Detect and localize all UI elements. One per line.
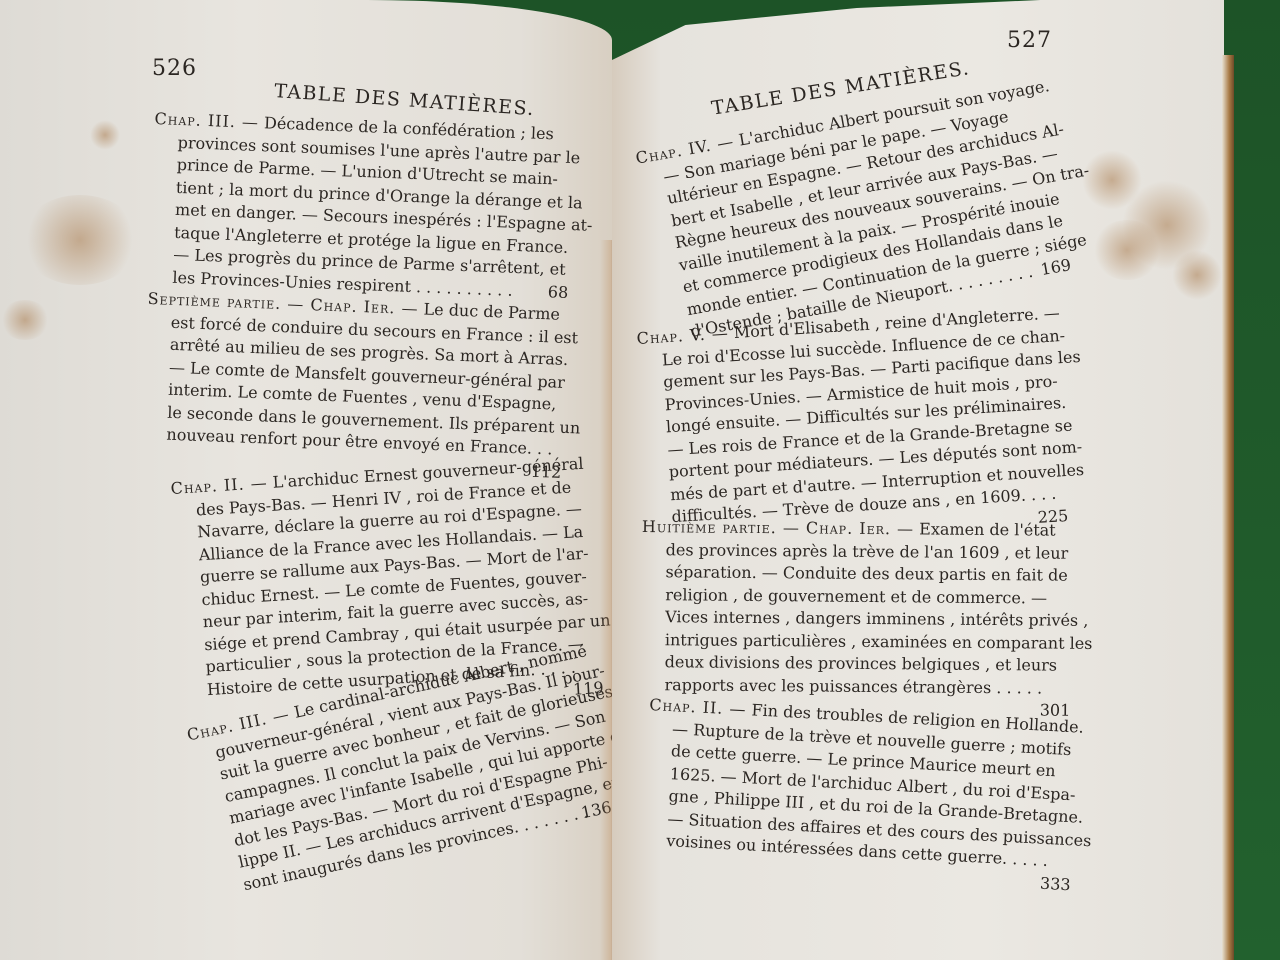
toc-entry: Chap. V. — Mort d'Elisabeth , reine d'An… — [636, 302, 1068, 530]
foxing-stain — [20, 195, 140, 285]
foxing-stain — [1172, 250, 1222, 300]
book-page-edges — [1222, 55, 1234, 960]
page-number-left: 526 — [152, 56, 197, 81]
page-ref: 68 — [547, 281, 568, 304]
entry-heading: Chap. III. — — [154, 109, 259, 132]
foxing-stain — [0, 300, 50, 340]
entry-heading: Huitième partie. — Chap. Ier. — — [642, 517, 914, 538]
toc-left: Chap. III. — Décadence de la confédérati… — [141, 108, 575, 484]
toc-entry: Chap. II. — Fin des troubles de religion… — [642, 694, 1080, 874]
toc-entry: Chap. III. — Décadence de la confédérati… — [148, 108, 575, 304]
left-page: 526 TABLE DES MATIÈRES. Chap. III. — Déc… — [0, 0, 612, 960]
toc-entry: Septième partie. — Chap. Ier. — Le duc d… — [142, 288, 568, 462]
right-page: 527 TABLE DES MATIÈRES. Chap. IV. — L'ar… — [612, 0, 1224, 960]
toc-right-bottom: Chap. II. — Fin des troubles de religion… — [641, 694, 1080, 896]
toc-entry: Huitième partie. — Chap. Ier. — Examen d… — [640, 516, 1072, 700]
foxing-stain — [1092, 220, 1162, 280]
page-number-right: 527 — [1007, 28, 1052, 53]
entry-heading: Chap. II. — — [170, 473, 268, 498]
entry-heading: Chap. V. — — [636, 323, 729, 348]
toc-right-lower: Huitième partie. — Chap. Ier. — Examen d… — [640, 516, 1072, 722]
foxing-stain — [90, 120, 120, 150]
entry-heading: Chap. II. — — [649, 695, 747, 719]
toc-right-middle: Chap. V. — Mort d'Elisabeth , reine d'An… — [636, 302, 1069, 552]
page-ref: 333 — [1039, 872, 1071, 896]
